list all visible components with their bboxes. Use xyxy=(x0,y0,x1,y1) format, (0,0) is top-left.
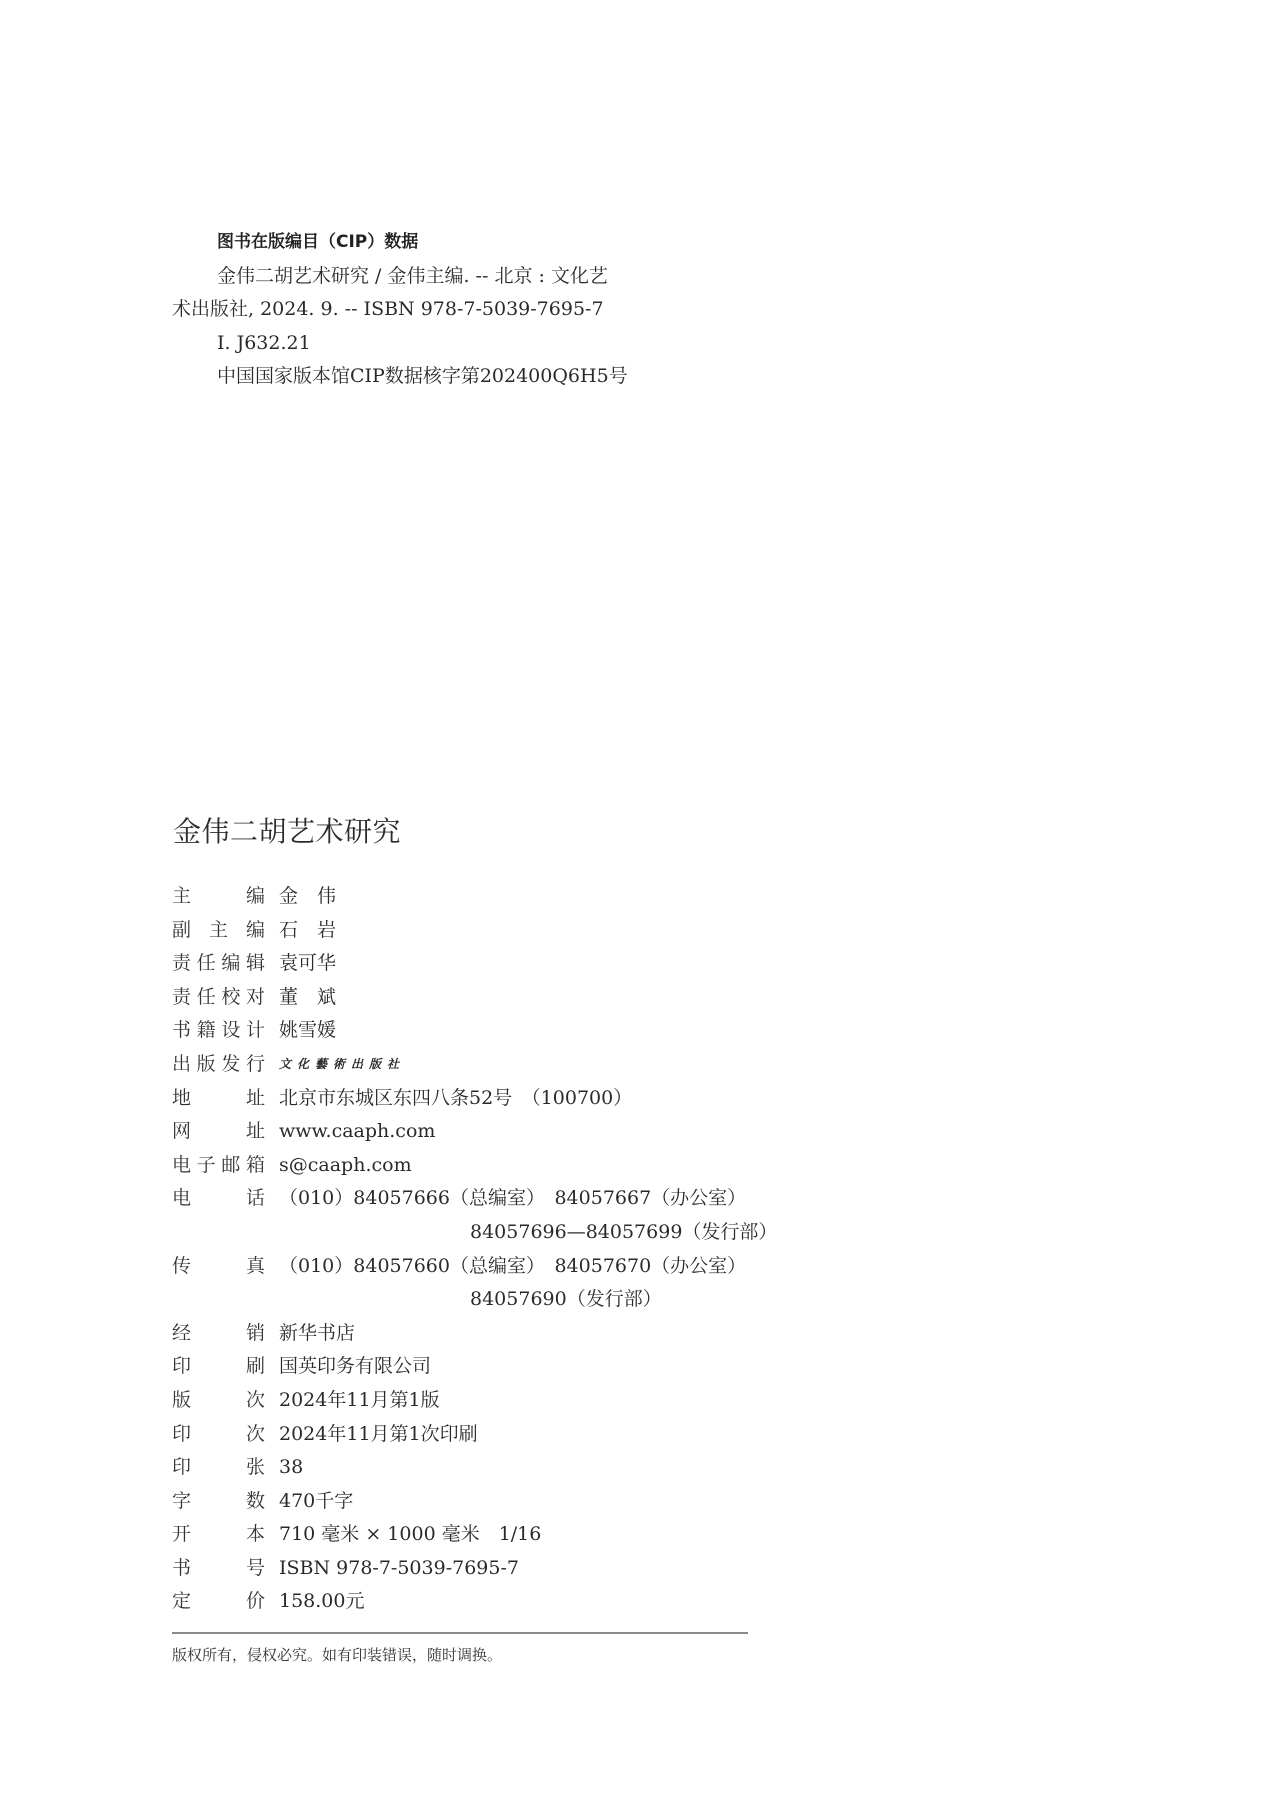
colophon-label: 出版发行 xyxy=(172,1048,265,1082)
cip-line: 金伟二胡艺术研究 / 金伟主编. -- 北京 : 文化艺 xyxy=(172,260,732,294)
colophon-value: 158.00元 xyxy=(265,1585,364,1619)
colophon-value: 84057690（发行部） xyxy=(265,1283,662,1317)
colophon-label: 印张 xyxy=(172,1451,265,1485)
cip-line: 术出版社, 2024. 9. -- ISBN 978-7-5039-7695-7 xyxy=(172,293,732,327)
colophon-label-char: 主 xyxy=(209,914,228,948)
colophon-label-char: 开 xyxy=(172,1518,191,1552)
colophon-value: 38 xyxy=(265,1451,303,1485)
colophon-list: 主编金 伟副主编石 岩责任编辑袁可华责任校对董 斌书籍设计姚雪媛出版发行文化藝術… xyxy=(172,880,777,1619)
colophon-label-char: 印 xyxy=(172,1451,191,1485)
colophon-row: 定价158.00元 xyxy=(172,1585,777,1619)
colophon-label-char: 计 xyxy=(246,1014,265,1048)
colophon-label: 经销 xyxy=(172,1317,265,1351)
colophon-label-char: 对 xyxy=(246,981,265,1015)
colophon-row: 版次2024年11月第1版 xyxy=(172,1384,777,1418)
colophon-label: 责任校对 xyxy=(172,981,265,1015)
colophon-value: 84057696—84057699（发行部） xyxy=(265,1216,777,1250)
colophon-label-char: 址 xyxy=(246,1115,265,1149)
colophon-label-char: 经 xyxy=(172,1317,191,1351)
colophon-value: 470千字 xyxy=(265,1485,353,1519)
colophon-row: 电子邮箱s@caaph.com xyxy=(172,1149,777,1183)
colophon-row: 开本710 毫米 × 1000 毫米 1/16 xyxy=(172,1518,777,1552)
colophon-value: s@caaph.com xyxy=(265,1149,412,1183)
colophon-value: 姚雪媛 xyxy=(265,1014,336,1048)
colophon-label-char: 电 xyxy=(172,1149,191,1183)
colophon-label-char: 版 xyxy=(197,1048,216,1082)
colophon-label: 书号 xyxy=(172,1552,265,1586)
colophon-row: 副主编石 岩 xyxy=(172,914,777,948)
colophon-label-char: 邮 xyxy=(221,1149,240,1183)
colophon-label: 印次 xyxy=(172,1418,265,1452)
colophon-label: 副主编 xyxy=(172,914,265,948)
colophon-label-char: 数 xyxy=(246,1485,265,1519)
colophon-row: 84057690（发行部） xyxy=(172,1283,777,1317)
colophon-label-char: 任 xyxy=(197,947,216,981)
colophon-value: www.caaph.com xyxy=(265,1115,435,1149)
cip-line: 中国国家版本馆CIP数据核字第202400Q6H5号 xyxy=(172,360,732,394)
colophon-label-char: 张 xyxy=(246,1451,265,1485)
colophon-row: 地址北京市东城区东四八条52号 （100700） xyxy=(172,1082,777,1116)
colophon-label: 传真 xyxy=(172,1250,265,1284)
colophon-label-char: 设 xyxy=(221,1014,240,1048)
colophon-label-char: 副 xyxy=(172,914,191,948)
colophon-label: 电子邮箱 xyxy=(172,1149,265,1183)
colophon-label-char: 责 xyxy=(172,947,191,981)
colophon-row: 书籍设计姚雪媛 xyxy=(172,1014,777,1048)
cip-line: Ⅰ. J632.21 xyxy=(172,327,732,361)
colophon-label-char: 主 xyxy=(172,880,191,914)
colophon-label: 书籍设计 xyxy=(172,1014,265,1048)
colophon-label-char: 印 xyxy=(172,1350,191,1384)
colophon-label-char: 编 xyxy=(221,947,240,981)
colophon-label-char: 定 xyxy=(172,1585,191,1619)
colophon-label-char: 刷 xyxy=(246,1350,265,1384)
colophon-label-char: 次 xyxy=(246,1418,265,1452)
colophon-value: 袁可华 xyxy=(265,947,336,981)
colophon-label-char: 辑 xyxy=(246,947,265,981)
colophon-row: 责任编辑袁可华 xyxy=(172,947,777,981)
colophon-label-char: 任 xyxy=(197,981,216,1015)
colophon-row: 书号ISBN 978-7-5039-7695-7 xyxy=(172,1552,777,1586)
book-title: 金伟二胡艺术研究 xyxy=(173,810,401,850)
colophon-label-char: 籍 xyxy=(197,1014,216,1048)
colophon-value: ISBN 978-7-5039-7695-7 xyxy=(265,1552,519,1586)
colophon-label-char: 真 xyxy=(246,1250,265,1284)
colophon-row: 传真（010）84057660（总编室） 84057670（办公室） xyxy=(172,1250,777,1284)
colophon-label-char: 编 xyxy=(246,880,265,914)
colophon-label-char: 地 xyxy=(172,1082,191,1116)
colophon-label: 版次 xyxy=(172,1384,265,1418)
colophon-label-char: 责 xyxy=(172,981,191,1015)
colophon-label-char: 编 xyxy=(246,914,265,948)
colophon-value: 北京市东城区东四八条52号 （100700） xyxy=(265,1082,632,1116)
colophon-value: 2024年11月第1次印刷 xyxy=(265,1418,478,1452)
colophon-label-char: 话 xyxy=(246,1182,265,1216)
colophon-label-char: 子 xyxy=(197,1149,216,1183)
cip-heading: 图书在版编目（CIP）数据 xyxy=(172,226,732,260)
colophon-label-char: 次 xyxy=(246,1384,265,1418)
colophon-label: 责任编辑 xyxy=(172,947,265,981)
colophon-label-char: 址 xyxy=(246,1082,265,1116)
colophon-label-char: 印 xyxy=(172,1418,191,1452)
colophon-value: 2024年11月第1版 xyxy=(265,1384,440,1418)
colophon-label-char: 校 xyxy=(221,981,240,1015)
colophon-label: 印刷 xyxy=(172,1350,265,1384)
colophon-row: 印次2024年11月第1次印刷 xyxy=(172,1418,777,1452)
colophon-row: 经销新华书店 xyxy=(172,1317,777,1351)
colophon-label-char: 传 xyxy=(172,1250,191,1284)
colophon-value: 石 岩 xyxy=(265,914,336,948)
colophon-row: 网址www.caaph.com xyxy=(172,1115,777,1149)
colophon-row: 主编金 伟 xyxy=(172,880,777,914)
colophon-label-char: 电 xyxy=(172,1182,191,1216)
colophon-value: （010）84057666（总编室） 84057667（办公室） xyxy=(265,1182,746,1216)
colophon-row: 印张38 xyxy=(172,1451,777,1485)
colophon-label-char: 箱 xyxy=(246,1149,265,1183)
colophon-row: 责任校对董 斌 xyxy=(172,981,777,1015)
colophon-row: 84057696—84057699（发行部） xyxy=(172,1216,777,1250)
colophon-label-char: 版 xyxy=(172,1384,191,1418)
colophon-value: 710 毫米 × 1000 毫米 1/16 xyxy=(265,1518,541,1552)
colophon-value: 新华书店 xyxy=(265,1317,355,1351)
publisher-logotype: 文化藝術出版社 xyxy=(265,1048,405,1082)
colophon-label: 网址 xyxy=(172,1115,265,1149)
colophon-label-char: 网 xyxy=(172,1115,191,1149)
colophon-value: 董 斌 xyxy=(265,981,336,1015)
colophon-label-char: 号 xyxy=(246,1552,265,1586)
colophon-label-char: 本 xyxy=(246,1518,265,1552)
colophon-value: 国英印务有限公司 xyxy=(265,1350,431,1384)
colophon-row: 印刷国英印务有限公司 xyxy=(172,1350,777,1384)
colophon-label-char: 书 xyxy=(172,1014,191,1048)
colophon-value: 金 伟 xyxy=(265,880,336,914)
colophon-label: 主编 xyxy=(172,880,265,914)
colophon-label: 字数 xyxy=(172,1485,265,1519)
colophon-label: 定价 xyxy=(172,1585,265,1619)
copyright-notice: 版权所有，侵权必究。如有印装错误，随时调换。 xyxy=(172,1644,502,1665)
colophon-label-char: 书 xyxy=(172,1552,191,1586)
colophon-label-char: 行 xyxy=(246,1048,265,1082)
colophon-label: 开本 xyxy=(172,1518,265,1552)
colophon-label-char: 出 xyxy=(172,1048,191,1082)
cip-data-block: 图书在版编目（CIP）数据 金伟二胡艺术研究 / 金伟主编. -- 北京 : 文… xyxy=(172,226,732,394)
colophon-row: 电话（010）84057666（总编室） 84057667（办公室） xyxy=(172,1182,777,1216)
colophon-label-char: 字 xyxy=(172,1485,191,1519)
colophon-label-char: 发 xyxy=(221,1048,240,1082)
colophon-label-char: 销 xyxy=(246,1317,265,1351)
colophon-row: 字数470千字 xyxy=(172,1485,777,1519)
divider xyxy=(172,1632,748,1634)
colophon-label: 电话 xyxy=(172,1182,265,1216)
colophon-label-char: 价 xyxy=(246,1585,265,1619)
colophon-label: 地址 xyxy=(172,1082,265,1116)
colophon-row: 出版发行文化藝術出版社 xyxy=(172,1048,777,1082)
colophon-value: （010）84057660（总编室） 84057670（办公室） xyxy=(265,1250,746,1284)
